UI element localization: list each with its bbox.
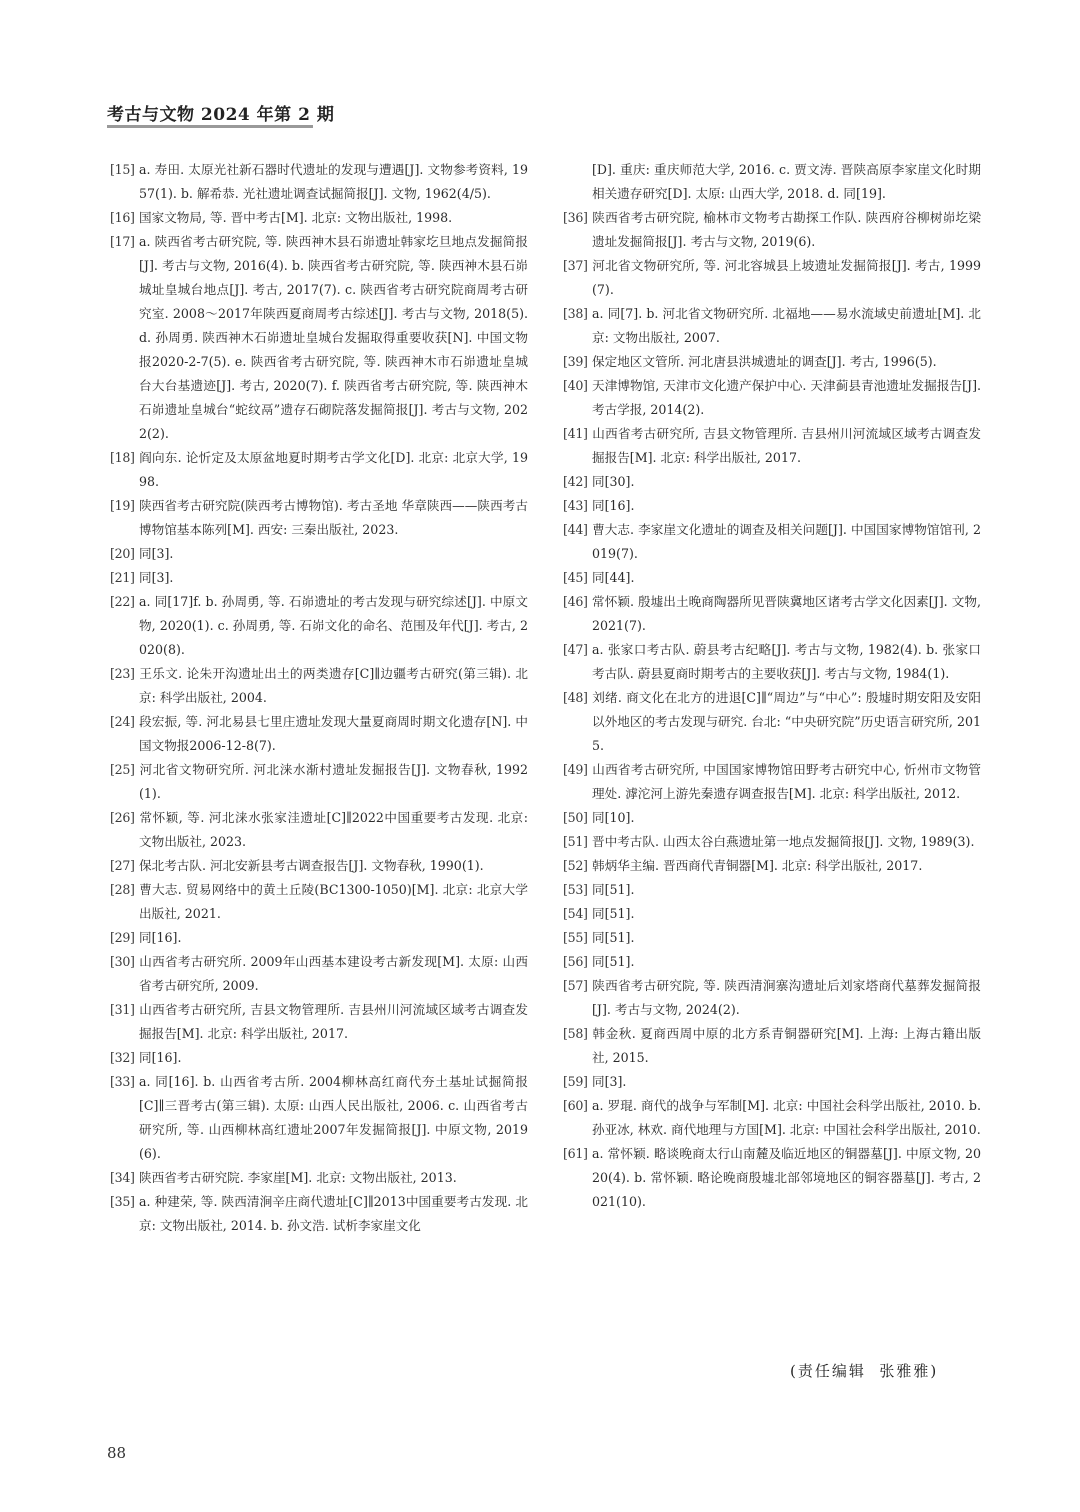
reference-text: a. 罗琨. 商代的战争与军制[M]. 北京: 中国社会科学出版社, 2010.…	[592, 1098, 981, 1137]
reference-entry: [36]陕西省考古研究院, 榆林市文物考古勘探工作队. 陕西府谷柳树峁圪梁遗址发…	[563, 206, 981, 254]
reference-number: [55]	[563, 926, 592, 950]
reference-entry: [44]曹大志. 李家崖文化遗址的调查及相关问题[J]. 中国国家博物馆馆刊, …	[563, 518, 981, 566]
reference-entry: [23]王乐文. 论朱开沟遗址出土的两类遗存[C]∥边疆考古研究(第三辑). 北…	[110, 662, 528, 710]
reference-entry: [60]a. 罗琨. 商代的战争与军制[M]. 北京: 中国社会科学出版社, 2…	[563, 1094, 981, 1142]
reference-number: [29]	[110, 926, 139, 950]
reference-text: 陕西省考古研究院, 等. 陕西清涧寨沟遗址后刘家塔商代墓葬发掘简报[J]. 考古…	[592, 978, 981, 1017]
reference-text: 韩炳华主编. 晋西商代青铜器[M]. 北京: 科学出版社, 2017.	[592, 858, 922, 873]
running-header: 考古与文物 2024 年第 2 期	[107, 100, 334, 125]
reference-entry: [48]刘绪. 商文化在北方的进退[C]∥“周边”与“中心”: 殷墟时期安阳及安…	[563, 686, 981, 758]
reference-text: 同[51].	[592, 954, 634, 969]
reference-text: 同[16].	[592, 498, 634, 513]
reference-number: [34]	[110, 1166, 139, 1190]
reference-text: 同[10].	[592, 810, 634, 825]
reference-number: [33]	[110, 1070, 139, 1094]
reference-number: [58]	[563, 1022, 592, 1046]
reference-number: [45]	[563, 566, 592, 590]
reference-continuation: [D]. 重庆: 重庆师范大学, 2016. c. 贾文涛. 晋陕高原李家崖文化…	[563, 158, 981, 206]
reference-text: 河北省文物研究所, 等. 河北容城县上坡遗址发掘简报[J]. 考古, 1999(…	[592, 258, 981, 297]
reference-entry: [50]同[10].	[563, 806, 981, 830]
reference-number: [16]	[110, 206, 139, 230]
reference-entry: [27]保北考古队. 河北安新县考古调查报告[J]. 文物春秋, 1990(1)…	[110, 854, 528, 878]
reference-entry: [57]陕西省考古研究院, 等. 陕西清涧寨沟遗址后刘家塔商代墓葬发掘简报[J]…	[563, 974, 981, 1022]
reference-entry: [29]同[16].	[110, 926, 528, 950]
reference-text: 王乐文. 论朱开沟遗址出土的两类遗存[C]∥边疆考古研究(第三辑). 北京: 科…	[139, 666, 528, 705]
reference-entry: [22]a. 同[17]f. b. 孙周勇, 等. 石峁遗址的考古发现与研究综述…	[110, 590, 528, 662]
references-left-column: [15]a. 寿田. 太原光社新石器时代遗址的发现与遭遇[J]. 文物参考资料,…	[110, 158, 528, 1238]
reference-entry: [42]同[30].	[563, 470, 981, 494]
reference-text: 天津博物馆, 天津市文化遗产保护中心. 天津蓟县青池遗址发掘报告[J]. 考古学…	[592, 378, 981, 417]
reference-number: [41]	[563, 422, 592, 446]
reference-entry: [37]河北省文物研究所, 等. 河北容城县上坡遗址发掘简报[J]. 考古, 1…	[563, 254, 981, 302]
reference-entry: [15]a. 寿田. 太原光社新石器时代遗址的发现与遭遇[J]. 文物参考资料,…	[110, 158, 528, 206]
reference-text: 同[30].	[592, 474, 634, 489]
reference-entry: [55]同[51].	[563, 926, 981, 950]
reference-entry: [41]山西省考古研究所, 吉县文物管理所. 吉县州川河流域区域考古调查发掘报告…	[563, 422, 981, 470]
reference-entry: [35]a. 种建荣, 等. 陕西清涧辛庄商代遗址[C]∥2013中国重要考古发…	[110, 1190, 528, 1238]
reference-entry: [32]同[16].	[110, 1046, 528, 1070]
reference-number: [35]	[110, 1190, 139, 1214]
reference-entry: [52]韩炳华主编. 晋西商代青铜器[M]. 北京: 科学出版社, 2017.	[563, 854, 981, 878]
reference-number: [32]	[110, 1046, 139, 1070]
reference-number: [47]	[563, 638, 592, 662]
reference-text: a. 同[16]. b. 山西省考古所. 2004柳林高红商代夯土基址试掘简报[…	[139, 1074, 528, 1161]
reference-entry: [17]a. 陕西省考古研究院, 等. 陕西神木县石峁遗址韩家圪旦地点发掘简报[…	[110, 230, 528, 446]
reference-text: 国家文物局, 等. 晋中考古[M]. 北京: 文物出版社, 1998.	[139, 210, 452, 225]
reference-entry: [58]韩金秋. 夏商西周中原的北方系青铜器研究[M]. 上海: 上海古籍出版社…	[563, 1022, 981, 1070]
reference-text: 常怀颖, 等. 河北涞水张家洼遗址[C]∥2022中国重要考古发现. 北京: 文…	[139, 810, 528, 849]
reference-text: a. 寿田. 太原光社新石器时代遗址的发现与遭遇[J]. 文物参考资料, 195…	[139, 162, 528, 201]
reference-number: [50]	[563, 806, 592, 830]
responsible-editor: (责任编辑 张雅雅)	[790, 1360, 938, 1381]
reference-entry: [47]a. 张家口考古队. 蔚县考古纪略[J]. 考古与文物, 1982(4)…	[563, 638, 981, 686]
reference-entry: [45]同[44].	[563, 566, 981, 590]
reference-number: [59]	[563, 1070, 592, 1094]
reference-entry: [46]常怀颖. 殷墟出土晚商陶器所见晋陕冀地区诸考古学文化因素[J]. 文物,…	[563, 590, 981, 638]
reference-number: [56]	[563, 950, 592, 974]
reference-text: a. 陕西省考古研究院, 等. 陕西神木县石峁遗址韩家圪旦地点发掘简报[J]. …	[139, 234, 528, 441]
journal-issue-title: 考古与文物 2024 年第 2 期	[107, 105, 334, 125]
reference-number: [60]	[563, 1094, 592, 1118]
reference-number: [39]	[563, 350, 592, 374]
reference-entry: [51]晋中考古队. 山西太谷白燕遗址第一地点发掘简报[J]. 文物, 1989…	[563, 830, 981, 854]
reference-text: 同[3].	[139, 546, 173, 561]
reference-text: 山西省考古研究所. 2009年山西基本建设考古新发现[M]. 太原: 山西省考古…	[139, 954, 528, 993]
reference-entry: [24]段宏振, 等. 河北易县七里庄遗址发现大量夏商周时期文化遗存[N]. 中…	[110, 710, 528, 758]
reference-number: [44]	[563, 518, 592, 542]
reference-entry: [49]山西省考古研究所, 中国国家博物馆田野考古研究中心, 忻州市文物管理处.…	[563, 758, 981, 806]
reference-number: [40]	[563, 374, 592, 398]
reference-entry: [31]山西省考古研究所, 吉县文物管理所. 吉县州川河流域区域考古调查发掘报告…	[110, 998, 528, 1046]
reference-number: [37]	[563, 254, 592, 278]
reference-number: [57]	[563, 974, 592, 998]
reference-entry: [21]同[3].	[110, 566, 528, 590]
reference-text: 保定地区文管所. 河北唐县洪城遗址的调查[J]. 考古, 1996(5).	[592, 354, 937, 369]
reference-number: [36]	[563, 206, 592, 230]
reference-text: 保北考古队. 河北安新县考古调查报告[J]. 文物春秋, 1990(1).	[139, 858, 484, 873]
reference-number: [43]	[563, 494, 592, 518]
reference-text: a. 张家口考古队. 蔚县考古纪略[J]. 考古与文物, 1982(4). b.…	[592, 642, 981, 681]
reference-entry: [20]同[3].	[110, 542, 528, 566]
reference-text: 陕西省考古研究院, 榆林市文物考古勘探工作队. 陕西府谷柳树峁圪梁遗址发掘简报[…	[592, 210, 981, 249]
reference-number: [26]	[110, 806, 139, 830]
reference-number: [46]	[563, 590, 592, 614]
reference-entry: [59]同[3].	[563, 1070, 981, 1094]
reference-text: 山西省考古研究所, 中国国家博物馆田野考古研究中心, 忻州市文物管理处. 滹沱河…	[592, 762, 981, 801]
reference-number: [23]	[110, 662, 139, 686]
reference-number: [54]	[563, 902, 592, 926]
reference-entry: [38]a. 同[7]. b. 河北省文物研究所. 北福地——易水流域史前遗址[…	[563, 302, 981, 350]
reference-number: [31]	[110, 998, 139, 1022]
reference-entry: [28]曹大志. 贸易网络中的黄土丘陵(BC1300-1050)[M]. 北京:…	[110, 878, 528, 926]
reference-entry: [19]陕西省考古研究院(陕西考古博物馆). 考古圣地 华章陕西——陕西考古博物…	[110, 494, 528, 542]
page-number: 88	[107, 1444, 126, 1462]
reference-entry: [43]同[16].	[563, 494, 981, 518]
reference-entry: [39]保定地区文管所. 河北唐县洪城遗址的调查[J]. 考古, 1996(5)…	[563, 350, 981, 374]
reference-text: a. 同[17]f. b. 孙周勇, 等. 石峁遗址的考古发现与研究综述[J].…	[139, 594, 528, 657]
reference-entry: [25]河北省文物研究所. 河北涞水渐村遗址发掘报告[J]. 文物春秋, 199…	[110, 758, 528, 806]
reference-number: [22]	[110, 590, 139, 614]
reference-number: [48]	[563, 686, 592, 710]
reference-text: 阎向东. 论忻定及太原盆地夏时期考古学文化[D]. 北京: 北京大学, 1998…	[139, 450, 528, 489]
reference-number: [25]	[110, 758, 139, 782]
reference-entry: [34]陕西省考古研究院. 李家崖[M]. 北京: 文物出版社, 2013.	[110, 1166, 528, 1190]
reference-number: [42]	[563, 470, 592, 494]
reference-text: 同[51].	[592, 882, 634, 897]
reference-text: 常怀颖. 殷墟出土晚商陶器所见晋陕冀地区诸考古学文化因素[J]. 文物, 202…	[592, 594, 981, 633]
reference-number: [18]	[110, 446, 139, 470]
reference-text: a. 常怀颖. 略谈晚商太行山南麓及临近地区的铜器墓[J]. 中原文物, 202…	[592, 1146, 981, 1209]
reference-number: [51]	[563, 830, 592, 854]
reference-entry: [40]天津博物馆, 天津市文化遗产保护中心. 天津蓟县青池遗址发掘报告[J].…	[563, 374, 981, 422]
reference-number: [52]	[563, 854, 592, 878]
reference-entry: [56]同[51].	[563, 950, 981, 974]
reference-text: 同[51].	[592, 906, 634, 921]
reference-number: [53]	[563, 878, 592, 902]
reference-number: [28]	[110, 878, 139, 902]
reference-number: [15]	[110, 158, 139, 182]
reference-text: a. 同[7]. b. 河北省文物研究所. 北福地——易水流域史前遗址[M]. …	[592, 306, 981, 345]
reference-number: [38]	[563, 302, 592, 326]
reference-text: 山西省考古研究所, 吉县文物管理所. 吉县州川河流域区域考古调查发掘报告[M].…	[592, 426, 981, 465]
reference-text: 韩金秋. 夏商西周中原的北方系青铜器研究[M]. 上海: 上海古籍出版社, 20…	[592, 1026, 981, 1065]
reference-text: 同[44].	[592, 570, 634, 585]
reference-number: [20]	[110, 542, 139, 566]
reference-text: 同[3].	[139, 570, 173, 585]
reference-number: [19]	[110, 494, 139, 518]
reference-entry: [54]同[51].	[563, 902, 981, 926]
reference-number: [49]	[563, 758, 592, 782]
reference-entry: [18]阎向东. 论忻定及太原盆地夏时期考古学文化[D]. 北京: 北京大学, …	[110, 446, 528, 494]
reference-text: 段宏振, 等. 河北易县七里庄遗址发现大量夏商周时期文化遗存[N]. 中国文物报…	[139, 714, 528, 753]
reference-number: [21]	[110, 566, 139, 590]
reference-number: [24]	[110, 710, 139, 734]
reference-entry: [16]国家文物局, 等. 晋中考古[M]. 北京: 文物出版社, 1998.	[110, 206, 528, 230]
reference-text: 陕西省考古研究院. 李家崖[M]. 北京: 文物出版社, 2013.	[139, 1170, 457, 1185]
reference-text: 曹大志. 李家崖文化遗址的调查及相关问题[J]. 中国国家博物馆馆刊, 2019…	[592, 522, 981, 561]
reference-entry: [30]山西省考古研究所. 2009年山西基本建设考古新发现[M]. 太原: 山…	[110, 950, 528, 998]
reference-text: 曹大志. 贸易网络中的黄土丘陵(BC1300-1050)[M]. 北京: 北京大…	[139, 882, 528, 921]
reference-text: 刘绪. 商文化在北方的进退[C]∥“周边”与“中心”: 殷墟时期安阳及安阳以外地…	[592, 690, 981, 753]
reference-number: [30]	[110, 950, 139, 974]
reference-text: 晋中考古队. 山西太谷白燕遗址第一地点发掘简报[J]. 文物, 1989(3).	[592, 834, 974, 849]
reference-text: 同[16].	[139, 1050, 181, 1065]
reference-text: 同[3].	[592, 1074, 626, 1089]
reference-entry: [26]常怀颖, 等. 河北涞水张家洼遗址[C]∥2022中国重要考古发现. 北…	[110, 806, 528, 854]
reference-text: 同[51].	[592, 930, 634, 945]
header-rule	[107, 125, 313, 128]
reference-number: [27]	[110, 854, 139, 878]
reference-entry: [53]同[51].	[563, 878, 981, 902]
reference-text: 同[16].	[139, 930, 181, 945]
reference-text: 河北省文物研究所. 河北涞水渐村遗址发掘报告[J]. 文物春秋, 1992(1)…	[139, 762, 528, 801]
reference-text: a. 种建荣, 等. 陕西清涧辛庄商代遗址[C]∥2013中国重要考古发现. 北…	[139, 1194, 528, 1233]
reference-number: [61]	[563, 1142, 592, 1166]
reference-text: 山西省考古研究所, 吉县文物管理所. 吉县州川河流域区域考古调查发掘报告[M].…	[139, 1002, 528, 1041]
reference-text: 陕西省考古研究院(陕西考古博物馆). 考古圣地 华章陕西——陕西考古博物馆基本陈…	[139, 498, 528, 537]
reference-entry: [33]a. 同[16]. b. 山西省考古所. 2004柳林高红商代夯土基址试…	[110, 1070, 528, 1166]
reference-number: [17]	[110, 230, 139, 254]
reference-entry: [61]a. 常怀颖. 略谈晚商太行山南麓及临近地区的铜器墓[J]. 中原文物,…	[563, 1142, 981, 1214]
references-right-column: [D]. 重庆: 重庆师范大学, 2016. c. 贾文涛. 晋陕高原李家崖文化…	[563, 158, 981, 1214]
